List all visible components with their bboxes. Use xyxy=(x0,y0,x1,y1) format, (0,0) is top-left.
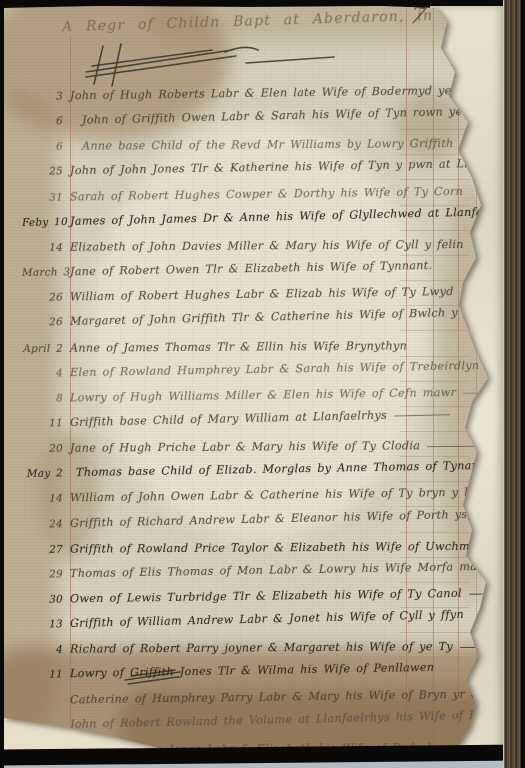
register-scan: A Regr of Childn Bapt at Aberdaron, in t… xyxy=(0,0,525,768)
entry-date xyxy=(22,703,70,704)
entry-text: Elizabeth of John Davies Miller & Mary h… xyxy=(70,238,464,254)
register-entry: 25John of John Jones Tlr & Katherine his… xyxy=(22,157,495,178)
register-entry: 11Lowry of Griffith Jones Tlr & Wilma hi… xyxy=(22,660,495,681)
entry-flourish xyxy=(394,414,450,416)
register-entry: April 2Anne of James Thomas Tlr & Ellin … xyxy=(22,338,495,354)
entry-text: Lowry of Griffith Jones Tlr & Wilma his … xyxy=(70,661,435,680)
entry-text: Griffith base Child of Mary William at L… xyxy=(70,409,387,429)
entry-date: 27 xyxy=(22,543,70,555)
register-entry: 30Owen of Lewis Turbridge Tlr & Elizabet… xyxy=(22,586,495,606)
entry-date: 20 xyxy=(22,443,70,455)
entry-text: Elen of Rowland Humphrey Labr & Sarah hi… xyxy=(70,359,480,379)
register-entry: 8Lowry of Hugh Williams Miller & Elen hi… xyxy=(22,385,495,405)
entry-text: Griffith of William Andrew Labr & Jonet … xyxy=(70,608,464,630)
entry-date: 6 xyxy=(22,115,70,128)
entry-text: Griffith of Richard Andrew Labr & Eleano… xyxy=(70,507,504,530)
register-entry: 13Griffith of William Andrew Labr & Jone… xyxy=(22,607,495,631)
entry-date: March 3 xyxy=(22,266,70,279)
register-entry: 26Margaret of John Griffith Tlr & Cather… xyxy=(22,306,495,330)
entry-date: 26 xyxy=(22,316,70,329)
register-entry: 29Thomas of Elis Thomas of Mon Labr & Lo… xyxy=(22,560,495,581)
register-entry: Feby 10James of John James Dr & Anne his… xyxy=(22,205,495,229)
torn-paper-surface: A Regr of Childn Bapt at Aberdaron, in t… xyxy=(0,0,525,768)
entry-date: 14 xyxy=(22,242,70,254)
entry-date: Feby 10 xyxy=(22,216,70,229)
entry-text: James of John James Dr & Anne his Wife o… xyxy=(70,204,520,227)
entry-text: John of Hugh Roberts Labr & Elen late Wi… xyxy=(70,84,470,103)
register-entry: John of Robert Rowland the Volume at Lla… xyxy=(22,708,495,732)
register-entries: 3John of Hugh Roberts Labr & Elen late W… xyxy=(0,0,525,768)
photo-frame-top xyxy=(0,0,525,6)
entry-text: William of Robert Hughes Labr & Elizab h… xyxy=(70,285,454,303)
entry-date: April 2 xyxy=(22,342,70,354)
entry-date: 6 xyxy=(22,141,70,153)
entry-date: 25 xyxy=(22,166,70,179)
register-entry: 24Griffith of Richard Andrew Labr & Elea… xyxy=(22,507,495,531)
entry-text: Margaret of John Griffith Tlr & Catherin… xyxy=(70,305,502,328)
register-entry: 14Elizabeth of John Davies Miller & Mary… xyxy=(22,238,495,254)
entry-text: Jane of Robert Owen Tlr & Elizabeth his … xyxy=(70,259,433,278)
photo-frame-right xyxy=(521,0,525,768)
register-entry: March 3Jane of Robert Owen Tlr & Elizabe… xyxy=(22,258,495,279)
entry-date: 3 xyxy=(22,90,70,103)
entry-date: 30 xyxy=(22,593,70,606)
entry-text: Catherine of Humphrey Parry Labr & Mary … xyxy=(70,687,500,706)
register-entry: May 2Thomas base Child of Elizab. Morgla… xyxy=(22,459,495,480)
entry-date: 14 xyxy=(22,493,70,506)
entry-text: Griffith of Rowland Price Taylor & Eliza… xyxy=(70,539,506,555)
entry-text: Richard of Robert Parry joyner & Margare… xyxy=(70,640,453,656)
register-entry: 4Richard of Robert Parry joyner & Margar… xyxy=(22,640,495,656)
entry-text: Thomas of Elis Thomas of Mon Labr & Lowr… xyxy=(70,560,493,580)
register-entry: 26William of Robert Hughes Labr & Elizab… xyxy=(22,285,495,305)
entry-text: Sarah of Robert Hughes Cowper & Dorthy h… xyxy=(70,184,463,202)
entry-text: Owen of Lewis Turbridge Tlr & Elizabeth … xyxy=(70,587,462,605)
entry-date: 11 xyxy=(22,669,70,682)
entry-text: William of John Owen Labr & Catherine hi… xyxy=(70,486,501,505)
photo-frame-left xyxy=(0,0,4,768)
register-entry: 6John of Griffith Owen Labr & Sarah his … xyxy=(22,104,495,128)
entry-text: Thomas base Child of Elizab. Morglas by … xyxy=(70,459,484,479)
register-entry: 6Anne base Child of the Revd Mr Williams… xyxy=(22,137,495,153)
register-entry: 3John of Hugh Roberts Labr & Elen late W… xyxy=(22,83,495,103)
entry-text: John of John Jones Tlr & Katherine his W… xyxy=(70,157,525,178)
entry-date: 24 xyxy=(22,517,70,530)
register-page: A Regr of Childn Bapt at Aberdaron, in t… xyxy=(0,0,525,768)
entry-date: 29 xyxy=(22,568,70,581)
register-entry: 20Jane of Hugh Priche Labr & Mary his Wi… xyxy=(22,439,495,455)
entry-date: 11 xyxy=(22,417,70,430)
entry-date xyxy=(22,728,70,729)
entry-text: Lowry of Hugh Williams Miller & Elen his… xyxy=(70,386,456,404)
entry-text: Anne of James Thomas Tlr & Ellin his Wif… xyxy=(70,339,407,354)
entry-text: Jane of Hugh Priche Labr & Mary his Wife… xyxy=(70,439,420,454)
register-entry: 27Griffith of Rowland Price Taylor & Eli… xyxy=(22,539,495,555)
entry-flourish xyxy=(427,445,483,446)
register-entry: 14William of John Owen Labr & Catherine … xyxy=(22,486,495,506)
entry-text: John of Griffith Owen Labr & Sarah his W… xyxy=(70,104,515,127)
register-entry: Catherine of Humphrey Parry Labr & Mary … xyxy=(22,687,495,707)
entry-date: 31 xyxy=(22,191,70,204)
entry-date: 4 xyxy=(22,644,70,656)
entry-date: May 2 xyxy=(22,467,70,480)
entry-date: 8 xyxy=(22,392,70,405)
register-entry: 31Sarah of Robert Hughes Cowper & Dorthy… xyxy=(22,184,495,204)
book-page-block-edge xyxy=(503,0,522,768)
entry-date: 4 xyxy=(22,367,70,380)
entry-text: John of Robert Rowland the Volume at Lla… xyxy=(70,708,495,731)
entry-text: Anne base Child of the Revd Mr Williams … xyxy=(70,137,454,153)
entry-date: 13 xyxy=(22,618,70,631)
entry-date: 26 xyxy=(22,292,70,305)
register-entry: 11Griffith base Child of Mary William at… xyxy=(22,406,495,430)
register-entry: 4Elen of Rowland Humphrey Labr & Sarah h… xyxy=(22,358,495,379)
